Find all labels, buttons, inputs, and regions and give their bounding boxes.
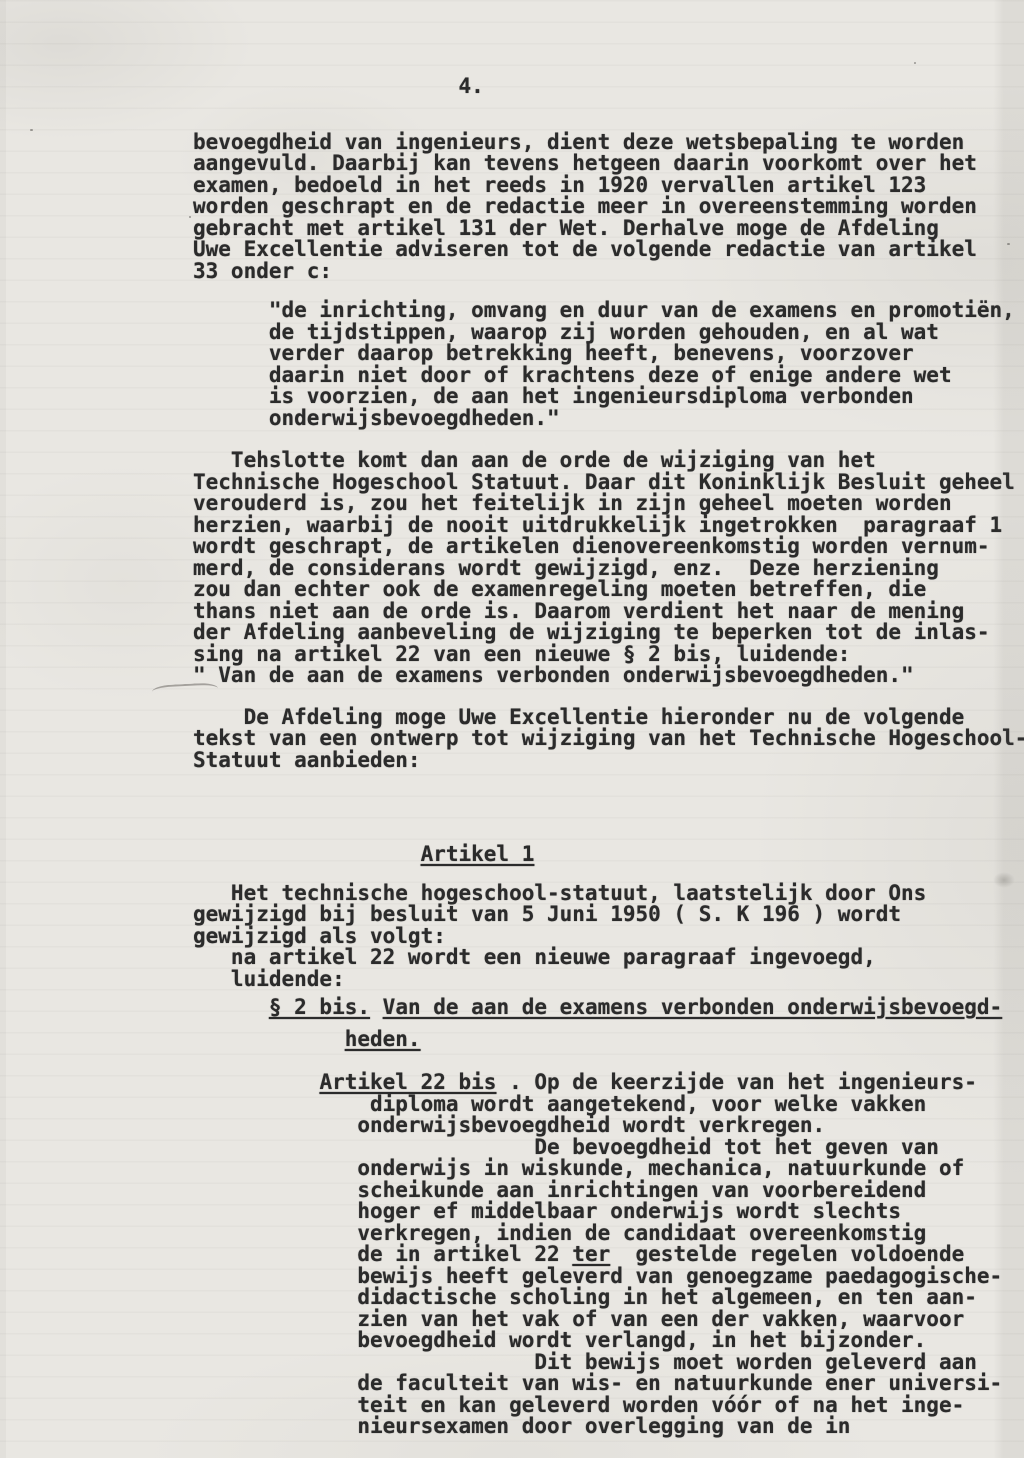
text-line: gewijzigd als volgt:	[193, 926, 1024, 948]
text-segment: Uwe Excellentie adviseren tot de volgend…	[193, 237, 977, 261]
text-segment: na artikel 22 wordt een nieuwe paragraaf…	[193, 945, 876, 969]
text-line: sing na artikel 22 van een nieuwe § 2 bi…	[193, 644, 1024, 666]
text-line: daarin niet door of krachtens deze of en…	[193, 365, 1024, 387]
text-segment: sing na artikel 22 van een nieuwe § 2 bi…	[193, 642, 850, 666]
text-segment: 33 onder c:	[193, 259, 332, 283]
underlined-text: Artikel 22 bis	[319, 1070, 496, 1094]
text-line: onderwijs in wiskunde, mechanica, natuur…	[193, 1158, 1024, 1180]
text-line: "de inrichting, omvang en duur van de ex…	[193, 300, 1024, 322]
text-segment: gebracht met artikel 131 der Wet. Derhal…	[193, 216, 939, 240]
text-segment: nieursexamen door overlegging van de in	[193, 1414, 850, 1438]
text-segment: onderwijsbevoegdheid wordt verkregen.	[193, 1113, 825, 1137]
text-line: bevoegdheid wordt verlangd, in het bijzo…	[193, 1330, 1024, 1352]
text-segment: worden geschrapt en de redactie meer in …	[193, 194, 977, 218]
underlined-text: Van de aan de examens verbonden onderwij…	[383, 995, 1003, 1019]
text-segment: verder daarop betrekking heeft, benevens…	[193, 341, 914, 365]
text-segment: Statuut aanbieden:	[193, 748, 421, 772]
text-line: hoger ef middelbaar onderwijs wordt slec…	[193, 1201, 1024, 1223]
text-segment: hoger ef middelbaar onderwijs wordt slec…	[193, 1199, 901, 1223]
text-segment: examen, bedoeld in het reeds in 1920 ver…	[193, 173, 926, 197]
text-segment: de in artikel 22	[193, 1242, 572, 1266]
para-tenslotte: Tehslotte komt dan aan de orde de wijzig…	[193, 450, 1024, 687]
text-line: § 2 bis. Van de aan de examens verbonden…	[193, 997, 1024, 1019]
text-line: tekst van een ontwerp tot wijziging van …	[193, 728, 1024, 750]
text-segment: teit en kan geleverd worden vóór of na h…	[193, 1393, 964, 1417]
paper-speck	[1007, 243, 1010, 245]
text-line: de in artikel 22 ter gestelde regelen vo…	[193, 1244, 1024, 1266]
text-segment: " Van de aan de examens verbonden onderw…	[193, 663, 914, 687]
text-segment	[193, 995, 269, 1019]
text-line: de faculteit van wis- en natuurkunde ene…	[193, 1373, 1024, 1395]
text-line: 33 onder c:	[193, 261, 1024, 283]
text-line: Tehslotte komt dan aan de orde de wijzig…	[193, 450, 1024, 472]
ink-smudge	[993, 872, 1015, 888]
underlined-text: Artikel 1	[421, 842, 535, 866]
text-segment: . Op de keerzijde van het ingenieurs-	[496, 1070, 976, 1094]
page-number: 4.	[193, 76, 1024, 98]
text-segment: gestelde regelen voldoende	[610, 1242, 964, 1266]
text-line: teit en kan geleverd worden vóór of na h…	[193, 1395, 1024, 1417]
text-segment: wordt geschrapt, de artikelen dienoveree…	[193, 534, 990, 558]
text-segment: "de inrichting, omvang en duur van de ex…	[193, 298, 1015, 322]
article-22bis: Artikel 22 bis . Op de keerzijde van het…	[193, 1072, 1024, 1438]
text-segment: De bevoegdheid tot het geven van	[193, 1135, 939, 1159]
text-line: worden geschrapt en de redactie meer in …	[193, 196, 1024, 218]
para-afdeling: De Afdeling moge Uwe Excellentie hierond…	[193, 707, 1024, 772]
text-segment: zien van het vak of van een der vakken, …	[193, 1307, 964, 1331]
text-segment: zou dan echter ook de examenregeling moe…	[193, 577, 926, 601]
text-segment: bevoegdheid wordt verlangd, in het bijzo…	[193, 1328, 926, 1352]
text-segment: is voorzien, de aan het ingenieursdiplom…	[193, 384, 914, 408]
scanned-document-page: 4.bevoegdheid van ingenieurs, dient deze…	[0, 0, 1024, 1458]
text-line: De bevoegdheid tot het geven van	[193, 1137, 1024, 1159]
text-segment: didactische scholing in het algemeen, en…	[193, 1285, 977, 1309]
text-segment: verouderd is, zou het feitelijk in zijn …	[193, 491, 952, 515]
text-segment: der Afdeling aanbeveling de wijziging te…	[193, 620, 990, 644]
text-segment: herzien, waarbij de nooit uitdrukkelijk …	[193, 513, 1002, 537]
text-line: bevoegdheid van ingenieurs, dient deze w…	[193, 132, 1024, 154]
text-line: wordt geschrapt, de artikelen dienoveree…	[193, 536, 1024, 558]
underlined-text: ter	[572, 1242, 610, 1266]
paper-speck	[30, 129, 33, 131]
text-segment: gewijzigd als volgt:	[193, 924, 446, 948]
text-line: Dit bewijs moet worden geleverd aan	[193, 1352, 1024, 1374]
text-line: didactische scholing in het algemeen, en…	[193, 1287, 1024, 1309]
text-line: gebracht met artikel 131 der Wet. Derhal…	[193, 218, 1024, 240]
text-line: verder daarop betrekking heeft, benevens…	[193, 343, 1024, 365]
para-statuut: Het technische hogeschool-statuut, laats…	[193, 883, 1024, 991]
text-segment: scheikunde aan inrichtingen van voorbere…	[193, 1178, 926, 1202]
quote-article-33: "de inrichting, omvang en duur van de ex…	[193, 300, 1024, 429]
text-line: heden.	[193, 1029, 1024, 1051]
text-segment: daarin niet door of krachtens deze of en…	[193, 363, 952, 387]
section-2bis: § 2 bis. Van de aan de examens verbonden…	[193, 997, 1024, 1050]
text-segment: thans niet aan de orde is. Daarom verdie…	[193, 599, 964, 623]
text-line: na artikel 22 wordt een nieuwe paragraaf…	[193, 947, 1024, 969]
text-line: Uwe Excellentie adviseren tot de volgend…	[193, 239, 1024, 261]
text-line: luidende:	[193, 969, 1024, 991]
text-segment: De Afdeling moge Uwe Excellentie hierond…	[193, 705, 964, 729]
text-line: 4.	[193, 76, 1024, 98]
text-segment	[193, 1027, 345, 1051]
text-segment: diploma wordt aangetekend, voor welke va…	[193, 1092, 926, 1116]
text-line: nieursexamen door overlegging van de in	[193, 1416, 1024, 1438]
paper-speck	[189, 216, 191, 218]
text-line: De Afdeling moge Uwe Excellentie hierond…	[193, 707, 1024, 729]
text-segment: Dit bewijs moet worden geleverd aan	[193, 1350, 977, 1374]
underlined-text: heden.	[345, 1027, 421, 1051]
text-line: is voorzien, de aan het ingenieursdiplom…	[193, 386, 1024, 408]
text-line: examen, bedoeld in het reeds in 1920 ver…	[193, 175, 1024, 197]
text-segment: aangevuld. Daarbij kan tevens hetgeen da…	[193, 151, 977, 175]
text-line: zien van het vak of van een der vakken, …	[193, 1309, 1024, 1331]
heading-artikel-1: Artikel 1	[193, 844, 1024, 866]
text-line: Artikel 22 bis . Op de keerzijde van het…	[193, 1072, 1024, 1094]
text-segment	[370, 995, 383, 1019]
text-segment	[193, 842, 421, 866]
text-segment: bewijs heeft geleverd van genoegzame pae…	[193, 1264, 1002, 1288]
text-line: verouderd is, zou het feitelijk in zijn …	[193, 493, 1024, 515]
text-line: gewijzigd bij besluit van 5 Juni 1950 ( …	[193, 904, 1024, 926]
underlined-text: § 2 bis.	[269, 995, 370, 1019]
text-line: onderwijsbevoegdheden."	[193, 408, 1024, 430]
text-segment: 4.	[193, 74, 484, 98]
text-segment: tekst van een ontwerp tot wijziging van …	[193, 726, 1024, 750]
text-segment: onderwijs in wiskunde, mechanica, natuur…	[193, 1156, 964, 1180]
text-segment	[193, 1070, 319, 1094]
text-line: onderwijsbevoegdheid wordt verkregen.	[193, 1115, 1024, 1137]
text-segment: Het technische hogeschool-statuut, laats…	[193, 881, 926, 905]
paper-speck	[914, 62, 917, 65]
text-line: Het technische hogeschool-statuut, laats…	[193, 883, 1024, 905]
text-segment: de tijdstippen, waarop zij worden gehoud…	[193, 320, 939, 344]
text-segment: Tehslotte komt dan aan de orde de wijzig…	[193, 448, 876, 472]
text-segment: onderwijsbevoegdheden."	[193, 406, 560, 430]
text-segment: verkregen, indien de candidaat overeenko…	[193, 1221, 926, 1245]
text-line: scheikunde aan inrichtingen van voorbere…	[193, 1180, 1024, 1202]
text-line: aangevuld. Daarbij kan tevens hetgeen da…	[193, 153, 1024, 175]
text-line: merd, de considerans wordt gewijzigd, en…	[193, 558, 1024, 580]
text-segment: luidende:	[193, 967, 345, 991]
text-line: diploma wordt aangetekend, voor welke va…	[193, 1094, 1024, 1116]
text-line: Technische Hogeschool Statuut. Daar dit …	[193, 472, 1024, 494]
text-line: der Afdeling aanbeveling de wijziging te…	[193, 622, 1024, 644]
document-body: 4.bevoegdheid van ingenieurs, dient deze…	[193, 76, 1024, 1438]
text-line: de tijdstippen, waarop zij worden gehoud…	[193, 322, 1024, 344]
text-segment: Technische Hogeschool Statuut. Daar dit …	[193, 470, 1015, 494]
text-segment: merd, de considerans wordt gewijzigd, en…	[193, 556, 939, 580]
text-line: herzien, waarbij de nooit uitdrukkelijk …	[193, 515, 1024, 537]
text-segment: gewijzigd bij besluit van 5 Juni 1950 ( …	[193, 902, 901, 926]
text-line: " Van de aan de examens verbonden onderw…	[193, 665, 1024, 687]
text-line: thans niet aan de orde is. Daarom verdie…	[193, 601, 1024, 623]
text-line: zou dan echter ook de examenregeling moe…	[193, 579, 1024, 601]
text-segment: de faculteit van wis- en natuurkunde ene…	[193, 1371, 1002, 1395]
text-line: Statuut aanbieden:	[193, 750, 1024, 772]
text-line: bewijs heeft geleverd van genoegzame pae…	[193, 1266, 1024, 1288]
text-line: Artikel 1	[193, 844, 1024, 866]
text-line: verkregen, indien de candidaat overeenko…	[193, 1223, 1024, 1245]
text-segment: bevoegdheid van ingenieurs, dient deze w…	[193, 130, 964, 154]
para-intro: bevoegdheid van ingenieurs, dient deze w…	[193, 132, 1024, 283]
